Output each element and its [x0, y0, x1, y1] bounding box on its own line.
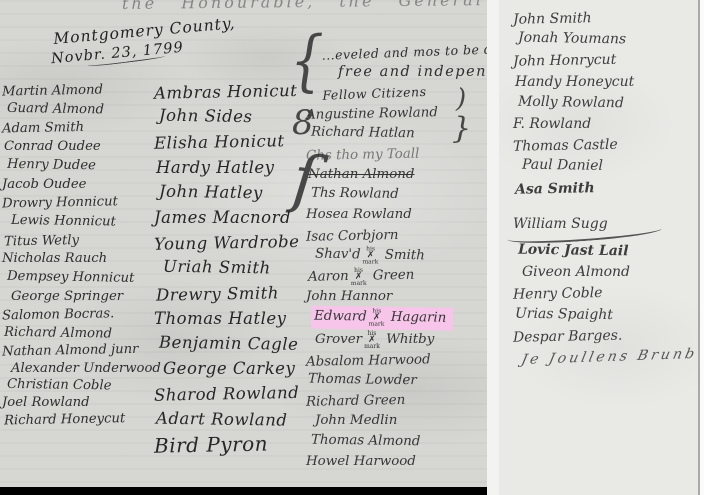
signature-name: Hardy Hatley — [156, 155, 274, 180]
signature-name: Nathan Almond junr — [2, 341, 139, 361]
signature-entry: Alexander Underwood — [11, 360, 154, 377]
signature-column-1: Martin Almond Guard Almond Adam Smith Co… — [2, 82, 154, 428]
signature-entry: Thomas Hatley — [154, 306, 330, 331]
signature-entry: Elisha Honicut — [154, 128, 330, 157]
signature-name: Nicholas Rauch — [2, 250, 107, 269]
signature-name: Asa Smith — [515, 178, 595, 201]
signature-entry: Conrad Oudee — [4, 138, 154, 157]
signature-name: Henry Dudee — [7, 156, 96, 176]
signature-entry: George Springer — [11, 288, 154, 307]
signature-entry: Giveon Almond — [522, 262, 693, 283]
strip-white-margin — [700, 0, 704, 495]
signature-entry: Henry Coble — [513, 282, 693, 307]
signature-name: Howel Harwood — [306, 452, 416, 472]
signature-entry: Nathan Almond junr — [2, 341, 154, 361]
signature-entry: Jacob Oudee — [2, 176, 154, 195]
signature-entry: Young Wardrobe — [154, 229, 330, 258]
signature-name: John Hannor — [306, 287, 392, 307]
signature-entry: Paul Daniel — [522, 155, 693, 179]
signature-entry: Nathan Almond — [308, 165, 487, 185]
petition-intro-line: free and independent — [338, 62, 487, 82]
signature-entry: Martin Almond — [2, 81, 154, 103]
his-mark-annotation: his✗mark — [364, 331, 380, 349]
signature-entry: Molly Rowland — [518, 91, 693, 115]
signature-name: Adart Rowland — [156, 405, 288, 432]
signature-entry: Handy Honeycut — [515, 72, 693, 93]
signature-entry: Bird Pyron — [154, 430, 330, 459]
signature-entry: Aaronhis✗mark Green — [308, 265, 487, 289]
petition-scan-page: the Honourable, the General Montgomery C… — [0, 0, 487, 487]
signature-entry: Adam Smith — [2, 118, 154, 140]
signature-entry: George Carkey — [163, 356, 330, 381]
signature-entry: John Honrycut — [513, 49, 693, 74]
signature-name: Handy Honeycut — [515, 72, 634, 93]
signature-name: Giveon Almond — [522, 262, 630, 283]
signature-column-2: Ambras Honicut John Sides Elisha Honicut… — [154, 79, 330, 457]
signature-name: James Macnord — [154, 205, 291, 230]
signature-entry: Thomas Almond — [311, 430, 487, 453]
signature-name: John Honrycut — [513, 50, 617, 73]
signature-name: Dempsey Honnicut — [7, 268, 135, 289]
signature-entry: Edwardhis✗mark Hagarin — [311, 306, 487, 332]
signature-entry: Nicholas Rauch — [2, 250, 154, 269]
signature-name: John Medlin — [315, 411, 397, 431]
signature-name: Molly Rowland — [518, 91, 624, 114]
page-gutter — [487, 0, 499, 495]
signature-name: Ths Rowland — [311, 184, 399, 206]
signature-column-4: John Smith Jonah Youmans John Honrycut H… — [513, 8, 693, 368]
signature-entry: F. Rowland — [513, 114, 693, 135]
signature-name: George Carkey — [163, 356, 295, 381]
signature-entry: Dempsey Honnicut — [7, 268, 154, 289]
signature-entry: Henry Dudee — [7, 156, 154, 177]
signature-name: Aaronhis✗mark Green — [308, 266, 415, 288]
signature-name: William Sugg — [513, 214, 662, 241]
intro-text: free and independent — [338, 62, 487, 82]
signature-entry: Christian Coble — [7, 376, 154, 396]
signature-entry: Adart Rowland — [156, 405, 330, 433]
signature-entry: Joel Rowland — [2, 394, 154, 411]
signature-entry: Richard Honeycut — [4, 410, 154, 430]
signature-name: Thomas Almond — [311, 430, 421, 452]
signature-entry: Titus Wetly — [4, 230, 154, 252]
signature-entry: Drewry Smith — [156, 279, 330, 308]
signature-name: Chs tho my Toall — [306, 144, 420, 166]
signature-name: F. Rowland — [513, 114, 591, 135]
signature-name: Elisha Honicut — [154, 129, 285, 157]
signature-entry: Ths Rowland — [311, 184, 487, 207]
signature-name: George Springer — [11, 288, 123, 307]
signature-name: Christian Coble — [7, 376, 112, 395]
signature-name: Benjamin Cagle — [159, 330, 299, 357]
signature-entry: Urias Spaight — [515, 303, 693, 327]
signature-name: Alexander Underwood — [11, 360, 161, 377]
signature-entry: William Sugg — [513, 214, 693, 241]
signature-name: Hosea Rowland — [306, 205, 412, 225]
signature-name: Lewis Honnicut — [11, 212, 116, 232]
scan-bottom-edge — [0, 487, 487, 495]
signature-entry: Groverhis✗mark Whitby — [315, 330, 487, 350]
signature-entry: Richard Hatlan — [311, 123, 487, 146]
signature-column-3: Angustine Rowland Richard Hatlan Chs tho… — [306, 104, 487, 472]
signature-name: Richard Hatlan — [311, 123, 415, 145]
signature-name: Paul Daniel — [522, 155, 603, 177]
signature-name: Richard Almond — [4, 324, 112, 343]
signature-name: Shav'dhis✗mark Smith — [315, 245, 425, 267]
signature-entry: John Hatley — [159, 178, 330, 206]
signature-name: Ambras Honicut — [154, 78, 298, 106]
signature-entry: Hosea Rowland — [306, 205, 487, 225]
signature-name: Guard Almond — [7, 100, 104, 120]
his-mark-annotation: his✗mark — [362, 246, 378, 264]
signature-entry: Sharod Rowland — [154, 380, 330, 409]
signature-name: Lovic Jast Lail — [518, 240, 629, 263]
his-mark-annotation: his✗mark — [369, 308, 385, 326]
right-page-strip: John Smith Jonah Youmans John Honrycut H… — [499, 0, 698, 495]
cutoff-header-line: the Honourable, the General — [122, 0, 487, 16]
his-mark-annotation: his✗mark — [351, 268, 367, 286]
signature-name: Jacob Oudee — [2, 176, 86, 195]
signature-entry: Lovic Jast Lail — [518, 240, 693, 264]
signature-entry: Ambras Honicut — [154, 77, 330, 106]
signature-name: Nathan Almond — [308, 165, 414, 185]
place-date-heading: Montgomery County, Novbr. 23, 1799 — [53, 14, 238, 69]
signature-name: Jonah Youmans — [518, 28, 626, 51]
signature-entry: Chs tho my Toall — [306, 143, 487, 167]
signature-entry: Howel Harwood — [306, 452, 487, 472]
signature-name: Groverhis✗mark Whitby — [315, 330, 434, 350]
signature-name: Richard Honeycut — [4, 410, 126, 430]
signature-name: Adam Smith — [2, 119, 84, 139]
signature-entry: Hardy Hatley — [156, 155, 330, 180]
signature-name: Thomas Hatley — [154, 306, 286, 331]
signature-name: Despar Barges. — [513, 325, 623, 348]
signature-entry: John Medlin — [315, 411, 487, 431]
signature-entry: Benjamin Cagle — [159, 330, 330, 358]
signature-name: Joel Rowland — [2, 394, 90, 411]
signature-name: Richard Green — [306, 391, 406, 413]
petition-intro-lines: ...eveled and mos to be d't free and ind… — [321, 40, 487, 104]
signature-name: Urias Spaight — [515, 303, 613, 326]
signature-name: Thomas Lowder — [308, 369, 417, 391]
signature-name: Bird Pyron — [154, 431, 269, 458]
signature-name: Drewry Smith — [156, 280, 279, 308]
signature-entry: Lewis Honnicut — [11, 212, 154, 233]
intro-text: Fellow Citizens — [322, 82, 427, 106]
signature-name: Titus Wetly — [4, 232, 79, 252]
signature-name: Uriah Smith — [163, 254, 271, 281]
signature-name: John Sides — [159, 103, 253, 130]
signature-entry: Richard Green — [306, 389, 487, 413]
signature-name: Sharod Rowland — [154, 380, 300, 408]
signature-name: John Hatley — [159, 178, 263, 205]
signature-name: Edwardhis✗mark Hagarin — [311, 306, 454, 332]
signature-entry: John Hannor — [306, 287, 487, 307]
signature-entry: Asa Smith — [515, 176, 693, 201]
signature-entry: James Macnord — [154, 205, 330, 230]
signature-entry: John Sides — [159, 103, 330, 131]
signature-name: Conrad Oudee — [4, 138, 101, 157]
